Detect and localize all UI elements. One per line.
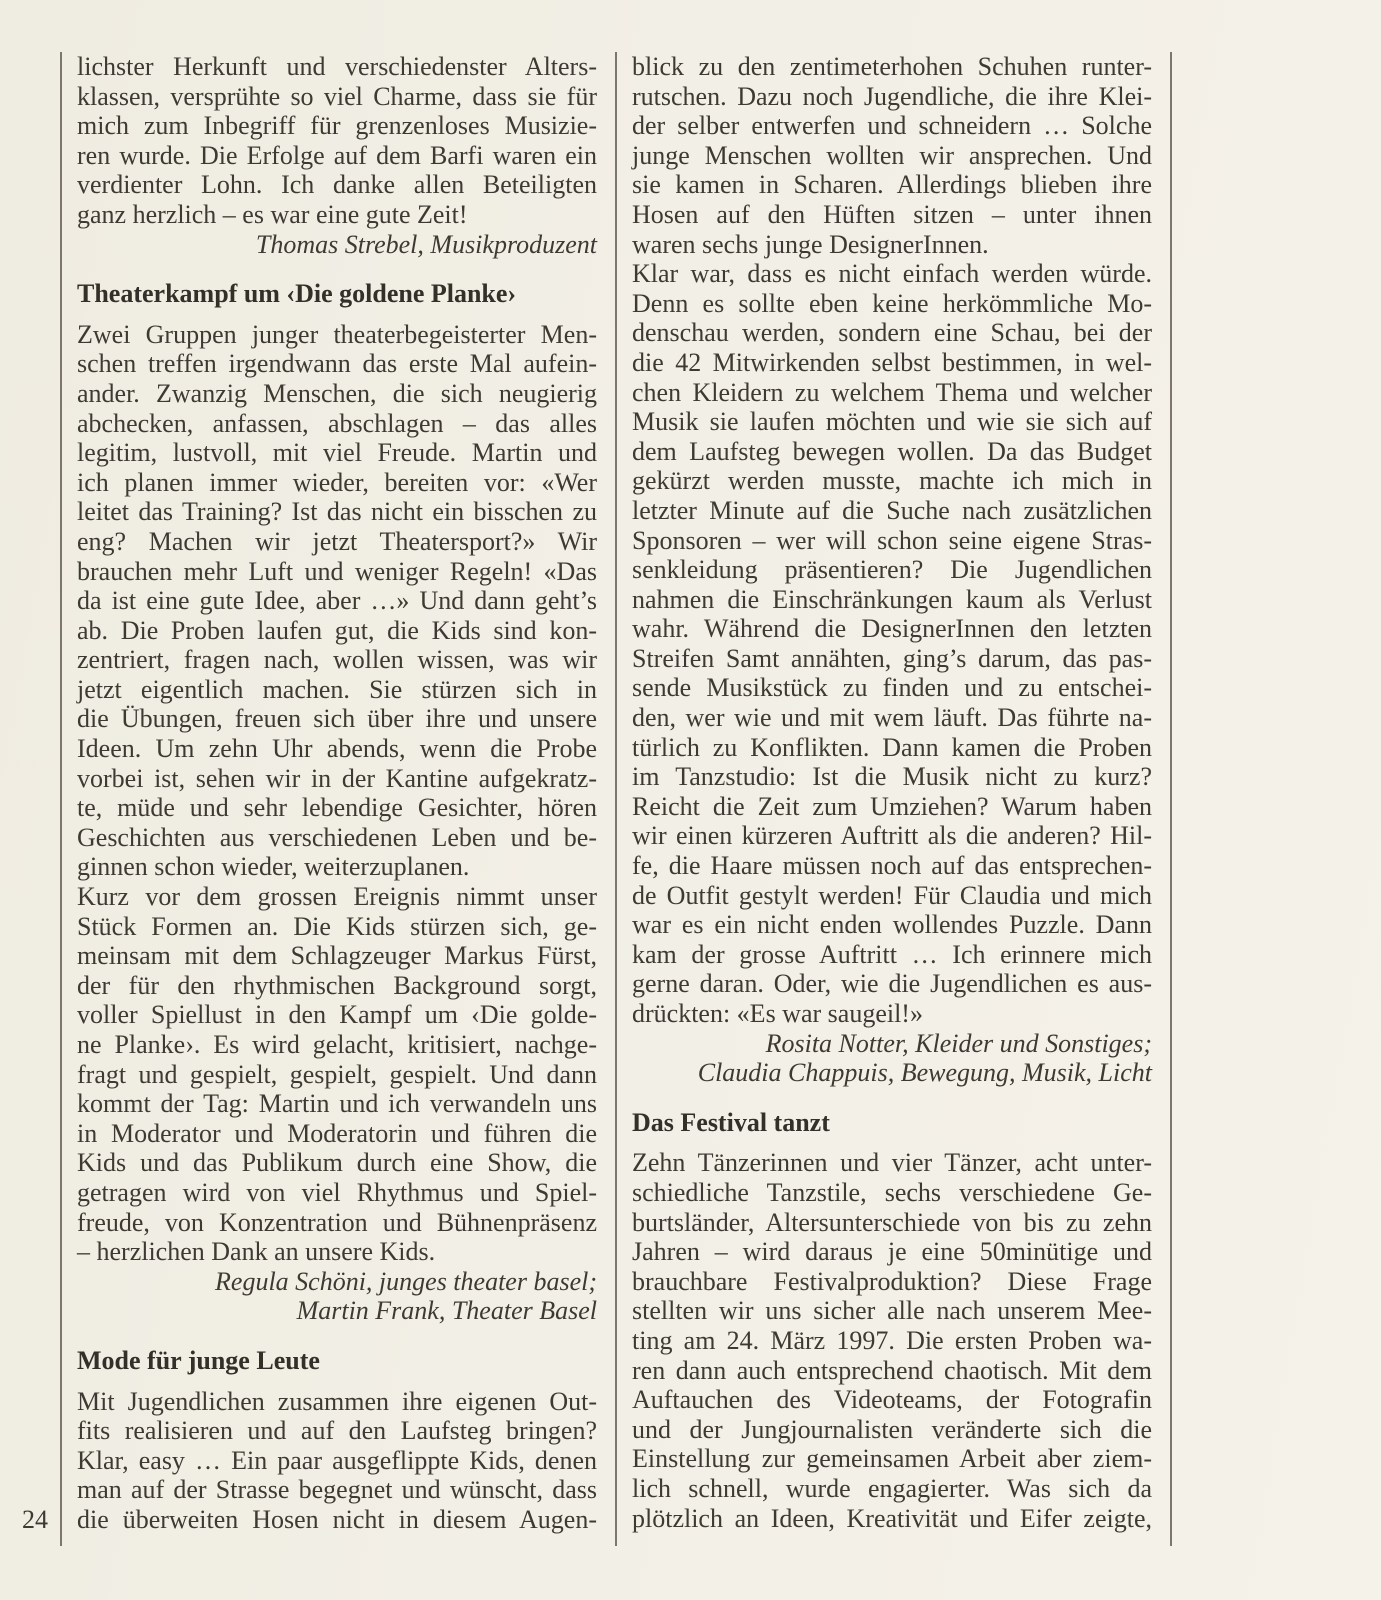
text-line: senkleidung präsentieren? Die Jugendlich… <box>632 555 1152 585</box>
text-line: Hosen auf den Hüften sitzen – unter ihne… <box>632 200 1152 230</box>
text-line: letzter Minute auf die Suche nach zusätz… <box>632 496 1152 526</box>
text-line: Ideen. Um zehn Uhr abends, wenn die Prob… <box>77 734 597 764</box>
text-line: meinsam mit dem Schlagzeuger Markus Fürs… <box>77 941 597 971</box>
text-column-left: lichster Herkunft und verschiedenster Al… <box>77 52 597 1535</box>
text-line: Kids und das Publikum durch eine Show, d… <box>77 1148 597 1178</box>
text-line: Rosita Notter, Kleider und Sonstiges; <box>632 1029 1152 1059</box>
text-line: wir einen kürzeren Auftritt als die ande… <box>632 821 1152 851</box>
text-line: Regula Schöni, junges theater basel; <box>77 1267 597 1297</box>
text-line: nahmen die Einschränkungen kaum als Verl… <box>632 585 1152 615</box>
text-line: drückten: «Es war saugeil!» <box>632 999 1152 1029</box>
text-line: sende Musikstück zu finden und zu entsch… <box>632 673 1152 703</box>
text-line: Claudia Chappuis, Bewegung, Musik, Licht <box>632 1058 1152 1088</box>
text-line: verdienter Lohn. Ich danke allen Beteili… <box>77 170 597 200</box>
text-line: der für den rhythmischen Background sorg… <box>77 971 597 1001</box>
text-line: die überweiten Hosen nicht in diesem Aug… <box>77 1505 597 1535</box>
text-line: stellten wir uns sicher alle nach unsere… <box>632 1296 1152 1326</box>
text-line: kam der grosse Auftritt … Ich erinnere m… <box>632 940 1152 970</box>
text-line: Denn es sollte eben keine herkömmliche M… <box>632 289 1152 319</box>
text-line: chen Kleidern zu welchem Thema und welch… <box>632 378 1152 408</box>
text-line: Streifen Samt annähten, ging’s darum, da… <box>632 644 1152 674</box>
text-line: gekürzt werden musste, machte ich mich i… <box>632 466 1152 496</box>
text-line: Zwei Gruppen junger theaterbegeisterter … <box>77 320 597 350</box>
text-line: plötzlich an Ideen, Kreativität und Eife… <box>632 1504 1152 1534</box>
text-line: leitet das Training? Ist das nicht ein b… <box>77 497 597 527</box>
text-line: schen treffen irgendwann das erste Mal a… <box>77 349 597 379</box>
author-signature: Regula Schöni, junges theater basel;Mart… <box>77 1267 597 1326</box>
text-line: gerne daran. Oder, wie die Jugendlichen … <box>632 969 1152 999</box>
text-line: voller Spiellust in den Kampf um ‹Die go… <box>77 1000 597 1030</box>
text-line: ginnen schon wieder, weiterzuplanen. <box>77 852 597 882</box>
page-number: 24 <box>0 1505 48 1535</box>
text-line: mich zum Inbegriff für grenzenloses Musi… <box>77 111 597 141</box>
text-line: ich planen immer wieder, bereiten vor: «… <box>77 468 597 498</box>
text-line: den, wer wie und mit wem läuft. Das führ… <box>632 703 1152 733</box>
right-margin-rule <box>1170 52 1172 1546</box>
text-line: fe, die Haare müssen noch auf das entspr… <box>632 851 1152 881</box>
text-line: klassen, versprühte so viel Charme, dass… <box>77 82 597 112</box>
text-line: Reicht die Zeit zum Umziehen? Warum habe… <box>632 792 1152 822</box>
text-line: te, müde und sehr lebendige Gesichter, h… <box>77 793 597 823</box>
text-line: legitim, lustvoll, mit viel Freude. Mart… <box>77 438 597 468</box>
text-line: rutschen. Dazu noch Jugendliche, die ihr… <box>632 82 1152 112</box>
text-column-right: blick zu den zentimeterhohen Schuhen run… <box>632 52 1152 1533</box>
text-line: eng? Machen wir jetzt Theatersport?» Wir <box>77 527 597 557</box>
text-line: ne Planke›. Es wird gelacht, kritisiert,… <box>77 1030 597 1060</box>
text-line: ganz herzlich – es war eine gute Zeit! <box>77 200 597 230</box>
text-line: Jahren – wird daraus je eine 50minütige … <box>632 1237 1152 1267</box>
text-line: brauchen mehr Luft und weniger Regeln! «… <box>77 557 597 587</box>
text-line: de Outfit gestylt werden! Für Claudia un… <box>632 881 1152 911</box>
section-heading: Theaterkampf um ‹Die goldene Planke› <box>77 279 597 309</box>
text-line: Thomas Strebel, Musikproduzent <box>77 230 597 260</box>
author-signature: Rosita Notter, Kleider und Sonstiges;Cla… <box>632 1029 1152 1088</box>
text-line: burtsländer, Altersunterschiede von bis … <box>632 1208 1152 1238</box>
text-line: der selber entwerfen und schneidern … So… <box>632 111 1152 141</box>
text-line: Zehn Tänzerinnen und vier Tänzer, acht u… <box>632 1148 1152 1178</box>
text-line: Sponsoren – wer will schon seine eigene … <box>632 526 1152 556</box>
text-line: ting am 24. März 1997. Die ersten Proben… <box>632 1326 1152 1356</box>
text-line: Kurz vor dem grossen Ereignis nimmt unse… <box>77 882 597 912</box>
paragraph: Mit Jugendlichen zusammen ihre eigenen O… <box>77 1387 597 1535</box>
text-line: Martin Frank, Theater Basel <box>77 1296 597 1326</box>
text-line: zentriert, fragen nach, wollen wissen, w… <box>77 645 597 675</box>
section-heading: Mode für junge Leute <box>77 1346 597 1376</box>
text-line: vorbei ist, sehen wir in der Kantine auf… <box>77 764 597 794</box>
text-line: im Tanzstudio: Ist die Musik nicht zu ku… <box>632 762 1152 792</box>
paragraph: Klar war, dass es nicht einfach werden w… <box>632 259 1152 1028</box>
paragraph: lichster Herkunft und verschiedenster Al… <box>77 52 597 230</box>
text-line: die Übungen, freuen sich über ihre und u… <box>77 704 597 734</box>
text-line: türlich zu Konflikten. Dann kamen die Pr… <box>632 733 1152 763</box>
text-line: man auf der Strasse begegnet und wünscht… <box>77 1475 597 1505</box>
paragraph: blick zu den zentimeterhohen Schuhen run… <box>632 52 1152 259</box>
text-line: war es ein nicht enden wollendes Puzzle.… <box>632 910 1152 940</box>
text-line: freude, von Konzentration und Bühnenpräs… <box>77 1208 597 1238</box>
text-line: und der Jungjournalisten veränderte sich… <box>632 1415 1152 1445</box>
text-line: Stück Formen an. Die Kids stürzen sich, … <box>77 912 597 942</box>
text-line: denschau werden, sondern eine Schau, bei… <box>632 318 1152 348</box>
column-divider-rule <box>615 52 617 1546</box>
author-signature: Thomas Strebel, Musikproduzent <box>77 230 597 260</box>
section-heading: Das Festival tanzt <box>632 1108 1152 1138</box>
text-line: ab. Die Proben laufen gut, die Kids sind… <box>77 616 597 646</box>
text-line: sie kamen in Scharen. Allerdings blieben… <box>632 170 1152 200</box>
paragraph: Zehn Tänzerinnen und vier Tänzer, acht u… <box>632 1148 1152 1533</box>
text-line: fragt und gespielt, gespielt, gespielt. … <box>77 1060 597 1090</box>
text-line: Musik sie laufen möchten und wie sie sic… <box>632 407 1152 437</box>
text-line: lich schnell, wurde engagierter. Was sic… <box>632 1474 1152 1504</box>
text-line: waren sechs junge DesignerInnen. <box>632 230 1152 260</box>
paragraph: Kurz vor dem grossen Ereignis nimmt unse… <box>77 882 597 1267</box>
text-line: wahr. Während die DesignerInnen den letz… <box>632 614 1152 644</box>
text-line: kommt der Tag: Martin und ich verwandeln… <box>77 1089 597 1119</box>
text-line: junge Menschen wollten wir ansprechen. U… <box>632 141 1152 171</box>
text-line: getragen wird von viel Rhythmus und Spie… <box>77 1178 597 1208</box>
text-line: Einstellung zur gemeinsamen Arbeit aber … <box>632 1444 1152 1474</box>
text-line: ander. Zwanzig Menschen, die sich neugie… <box>77 379 597 409</box>
text-line: dem Laufsteg bewegen wollen. Da das Budg… <box>632 437 1152 467</box>
text-line: ren dann auch entsprechend chaotisch. Mi… <box>632 1356 1152 1386</box>
text-line: fits realisieren und auf den Laufsteg br… <box>77 1416 597 1446</box>
text-line: jetzt eigentlich machen. Sie stürzen sic… <box>77 675 597 705</box>
text-line: in Moderator und Moderatorin und führen … <box>77 1119 597 1149</box>
text-line: Geschichten aus verschiedenen Leben und … <box>77 823 597 853</box>
text-line: brauchbare Festivalproduktion? Diese Fra… <box>632 1267 1152 1297</box>
text-line: da ist eine gute Idee, aber …» Und dann … <box>77 586 597 616</box>
left-margin-rule <box>60 52 62 1546</box>
scanned-page: lichster Herkunft und verschiedenster Al… <box>0 0 1381 1600</box>
text-line: Klar, easy … Ein paar ausgeflippte Kids,… <box>77 1446 597 1476</box>
text-line: abchecken, anfassen, abschlagen – das al… <box>77 409 597 439</box>
text-line: – herzlichen Dank an unsere Kids. <box>77 1237 597 1267</box>
text-line: blick zu den zentimeterhohen Schuhen run… <box>632 52 1152 82</box>
text-line: die 42 Mitwirkenden selbst bestimmen, in… <box>632 348 1152 378</box>
text-line: Klar war, dass es nicht einfach werden w… <box>632 259 1152 289</box>
paragraph: Zwei Gruppen junger theaterbegeisterter … <box>77 320 597 882</box>
text-line: ren wurde. Die Erfolge auf dem Barfi war… <box>77 141 597 171</box>
text-line: schiedliche Tanzstile, sechs verschieden… <box>632 1178 1152 1208</box>
text-line: lichster Herkunft und verschiedenster Al… <box>77 52 597 82</box>
text-line: Auftauchen des Videoteams, der Fotografi… <box>632 1385 1152 1415</box>
text-line: Mit Jugendlichen zusammen ihre eigenen O… <box>77 1387 597 1417</box>
